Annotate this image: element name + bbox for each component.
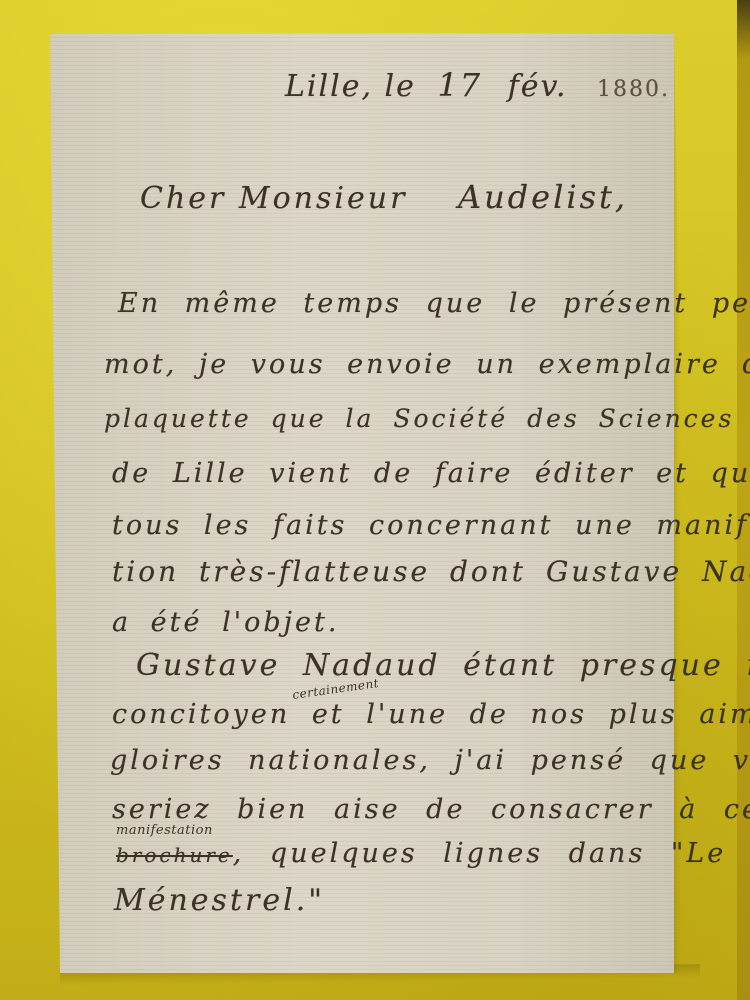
letter-line-10: gloires nationales, j'ai pensé que vous	[110, 745, 750, 776]
letter-salutation: Cher Monsieur Audelist,	[140, 178, 628, 216]
letter-line-4: de Lille vient de faire éditer et qui re…	[112, 458, 750, 489]
letter-date: Lille, le 17 fév. 1880.	[285, 66, 670, 104]
letter-page: Lille, le 17 fév. 1880. Cher Monsieur Au…	[0, 0, 750, 1000]
interlinear-insertion-manifestation: manifestation	[116, 823, 213, 838]
letter-line-12-text: , quelques lignes dans "Le	[233, 838, 726, 869]
letter-line-6: tion très-flatteuse dont Gustave Nadaud	[112, 555, 750, 588]
letter-line-12: brochure, quelques lignes dans "Le	[116, 838, 726, 869]
salutation-prefix: Cher Monsieur	[140, 181, 407, 216]
date-year: 1880.	[597, 77, 670, 102]
date-place: Lille, le	[285, 69, 416, 104]
salutation-recipient: Audelist,	[458, 178, 628, 216]
date-day: 17	[437, 66, 482, 104]
letter-line-1: En même temps que le présent petit	[118, 288, 750, 319]
letter-line-2: mot, je vous envoie un exemplaire d'une	[104, 349, 750, 380]
letter-line-8: Gustave Nadaud étant presque notre	[136, 648, 750, 683]
letter-line-3: plaquette que la Société des Sciences et…	[104, 404, 750, 433]
letter-line-5: tous les faits concernant une manifesta-	[112, 510, 750, 541]
struck-out-word: brochure	[116, 843, 233, 867]
letter-line-13: Ménestrel."	[114, 883, 325, 918]
letter-line-7: a été l'objet.	[112, 607, 339, 638]
letter-line-9: concitoyen et l'une de nos plus aimables	[112, 699, 750, 730]
date-month: fév.	[508, 69, 568, 104]
letter-line-11: seriez bien aise de consacrer à cette	[112, 794, 750, 825]
